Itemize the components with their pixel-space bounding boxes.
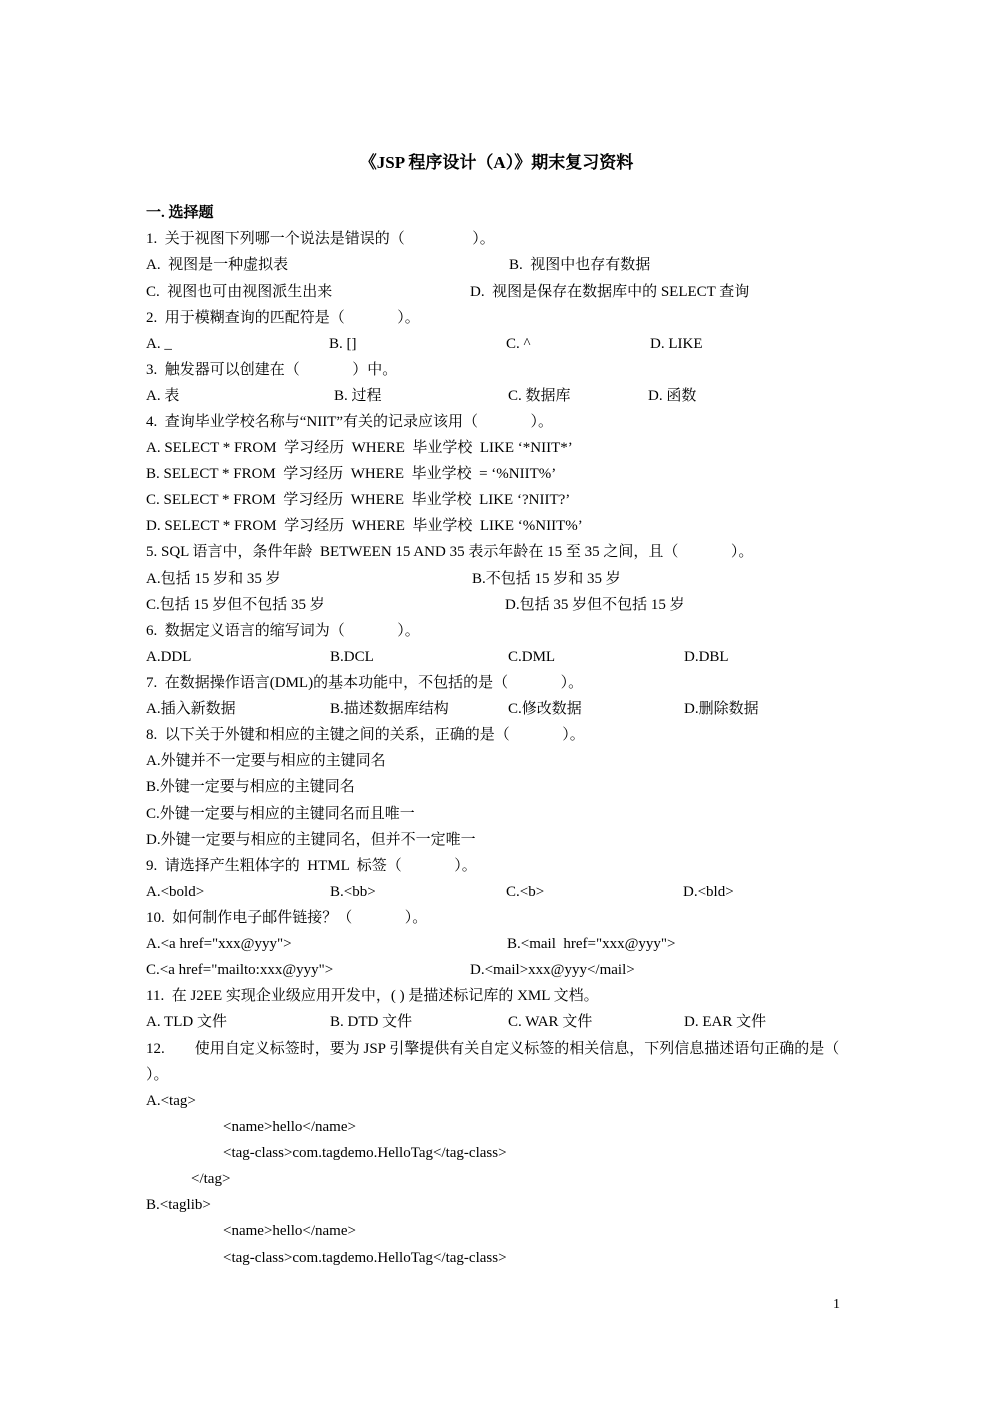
question-10-options-cd: C.<a href="mailto:xxx@yyy">D.<mail>xxx@y…	[0, 961, 993, 983]
text-segment: C.修改数据	[508, 700, 582, 719]
text-segment: <tag-class>com.tagdemo.HelloTag</tag-cla…	[223, 1249, 507, 1268]
question-4-option-c: C. SELECT * FROM 学习经历 WHERE 毕业学校 LIKE ‘?…	[0, 491, 993, 513]
question-9: 9. 请选择产生粗体字的 HTML 标签（ ）。	[0, 857, 993, 879]
text-segment: C.DML	[508, 648, 555, 667]
question-8-option-b: B.外键一定要与相应的主键同名	[0, 778, 993, 800]
question-12-continuation: ）。	[0, 1066, 993, 1088]
question-9-options: A.<bold>B.<bb>C.<b>D.<bld>	[0, 883, 993, 905]
document-title: 《JSP 程序设计（A）》期末复习资料	[0, 148, 993, 173]
text-segment: <tag-class>com.tagdemo.HelloTag</tag-cla…	[223, 1144, 507, 1163]
text-segment: 11. 在 J2EE 实现企业级应用开发中，( ) 是描述标记库的 XML 文档…	[146, 987, 599, 1006]
text-segment: A.包括 15 岁和 35 岁	[146, 570, 281, 589]
text-segment: D.<bld>	[683, 883, 734, 902]
text-segment: </tag>	[191, 1170, 230, 1189]
question-6-options: A.DDLB.DCLC.DMLD.DBL	[0, 648, 993, 670]
text-segment: C. WAR 文件	[508, 1013, 592, 1032]
question-12-option-a-close: </tag>	[0, 1170, 993, 1192]
text-segment: A.<bold>	[146, 883, 204, 902]
text-segment: 10. 如何制作电子邮件链接？（ ）。	[146, 909, 427, 928]
text-segment: C.<a href="mailto:xxx@yyy">	[146, 961, 333, 980]
page-number: 1	[833, 1297, 840, 1313]
question-7: 7. 在数据操作语言(DML)的基本功能中，不包括的是（ ）。	[0, 674, 993, 696]
text-segment: B.不包括 15 岁和 35 岁	[472, 570, 621, 589]
question-11-options: A. TLD 文件B. DTD 文件C. WAR 文件D. EAR 文件	[0, 1013, 993, 1035]
question-5-options-cd: C.包括 15 岁但不包括 35 岁D.包括 35 岁但不包括 15 岁	[0, 596, 993, 618]
text-segment: 5. SQL 语言中，条件年龄 BETWEEN 15 AND 35 表示年龄在 …	[146, 543, 753, 562]
question-12-option-a-open: A.<tag>	[0, 1092, 993, 1114]
text-segment: 8. 以下关于外键和相应的主键之间的关系，正确的是（ ）。	[146, 726, 585, 745]
question-6: 6. 数据定义语言的缩写词为（ ）。	[0, 622, 993, 644]
question-8-option-c: C.外键一定要与相应的主键同名而且唯一	[0, 805, 993, 827]
question-4-option-a: A. SELECT * FROM 学习经历 WHERE 毕业学校 LIKE ‘*…	[0, 439, 993, 461]
question-12-option-b-class: <tag-class>com.tagdemo.HelloTag</tag-cla…	[0, 1249, 993, 1271]
text-segment: A.插入新数据	[146, 700, 236, 719]
text-segment: 12. 使用自定义标签时，要为 JSP 引擎提供有关自定义标签的相关信息，下列信…	[146, 1040, 839, 1059]
text-segment: A. 视图是一种虚拟表	[146, 256, 288, 275]
text-segment: B.描述数据库结构	[330, 700, 449, 719]
text-segment: B.DCL	[330, 648, 374, 667]
text-segment: C. 数据库	[508, 387, 571, 406]
text-segment: A.外键并不一定要与相应的主键同名	[146, 752, 386, 771]
text-segment: C. 视图也可由视图派生出来	[146, 283, 332, 302]
question-12: 12. 使用自定义标签时，要为 JSP 引擎提供有关自定义标签的相关信息，下列信…	[0, 1040, 993, 1062]
text-segment: D. 视图是保存在数据库中的 SELECT 查询	[470, 283, 749, 302]
question-1-options-ab: A. 视图是一种虚拟表B. 视图中也存有数据	[0, 256, 993, 278]
text-segment: <name>hello</name>	[223, 1222, 356, 1241]
text-segment: A. _	[146, 335, 172, 354]
question-4-option-d: D. SELECT * FROM 学习经历 WHERE 毕业学校 LIKE ‘%…	[0, 517, 993, 539]
text-segment: 1. 关于视图下列哪一个说法是错误的（ ）。	[146, 230, 495, 249]
question-1: 1. 关于视图下列哪一个说法是错误的（ ）。	[0, 230, 993, 252]
text-segment: C. ^	[506, 335, 531, 354]
question-12-option-a-class: <tag-class>com.tagdemo.HelloTag</tag-cla…	[0, 1144, 993, 1166]
text-segment: 一. 选择题	[146, 204, 214, 223]
text-segment: D.包括 35 岁但不包括 15 岁	[505, 596, 685, 615]
question-12-option-b-name: <name>hello</name>	[0, 1222, 993, 1244]
text-segment: D. LIKE	[650, 335, 703, 354]
text-segment: 7. 在数据操作语言(DML)的基本功能中，不包括的是（ ）。	[146, 674, 583, 693]
question-8: 8. 以下关于外键和相应的主键之间的关系，正确的是（ ）。	[0, 726, 993, 748]
text-segment: D.外键一定要与相应的主键同名，但并不一定唯一	[146, 831, 476, 850]
question-5: 5. SQL 语言中，条件年龄 BETWEEN 15 AND 35 表示年龄在 …	[0, 543, 993, 565]
question-11: 11. 在 J2EE 实现企业级应用开发中，( ) 是描述标记库的 XML 文档…	[0, 987, 993, 1009]
text-segment: <name>hello</name>	[223, 1118, 356, 1137]
question-12-option-b-open: B.<taglib>	[0, 1196, 993, 1218]
text-segment: A.<a href="xxx@yyy">	[146, 935, 292, 954]
text-segment: 4. 查询毕业学校名称与“NIIT”有关的记录应该用（ ）。	[146, 413, 553, 432]
text-segment: B. DTD 文件	[330, 1013, 412, 1032]
question-4-option-b: B. SELECT * FROM 学习经历 WHERE 毕业学校 = ‘%NII…	[0, 465, 993, 487]
text-segment: B.<taglib>	[146, 1196, 211, 1215]
question-2: 2. 用于模糊查询的匹配符是（ ）。	[0, 309, 993, 331]
text-segment: 6. 数据定义语言的缩写词为（ ）。	[146, 622, 420, 641]
question-5-options-ab: A.包括 15 岁和 35 岁B.不包括 15 岁和 35 岁	[0, 570, 993, 592]
text-segment: D. SELECT * FROM 学习经历 WHERE 毕业学校 LIKE ‘%…	[146, 517, 583, 536]
question-10-options-ab: A.<a href="xxx@yyy">B.<mail href="xxx@yy…	[0, 935, 993, 957]
text-segment: B. []	[329, 335, 357, 354]
text-segment: D.删除数据	[684, 700, 759, 719]
text-segment: ）。	[146, 1066, 169, 1085]
text-segment: C. SELECT * FROM 学习经历 WHERE 毕业学校 LIKE ‘?…	[146, 491, 570, 510]
text-segment: C.包括 15 岁但不包括 35 岁	[146, 596, 325, 615]
question-12-option-a-name: <name>hello</name>	[0, 1118, 993, 1140]
text-segment: 3. 触发器可以创建在（ ）中。	[146, 361, 397, 380]
text-segment: C.<b>	[506, 883, 544, 902]
question-8-option-d: D.外键一定要与相应的主键同名，但并不一定唯一	[0, 831, 993, 853]
text-segment: A.DDL	[146, 648, 191, 667]
question-3: 3. 触发器可以创建在（ ）中。	[0, 361, 993, 383]
text-segment: D.<mail>xxx@yyy</mail>	[470, 961, 635, 980]
text-segment: B. SELECT * FROM 学习经历 WHERE 毕业学校 = ‘%NII…	[146, 465, 556, 484]
question-3-options: A. 表B. 过程C. 数据库D. 函数	[0, 387, 993, 409]
question-8-option-a: A.外键并不一定要与相应的主键同名	[0, 752, 993, 774]
text-segment: D.DBL	[684, 648, 729, 667]
text-segment: 9. 请选择产生粗体字的 HTML 标签（ ）。	[146, 857, 477, 876]
text-segment: D. 函数	[648, 387, 696, 406]
text-segment: A. TLD 文件	[146, 1013, 227, 1032]
text-segment: C.外键一定要与相应的主键同名而且唯一	[146, 805, 415, 824]
text-segment: A. SELECT * FROM 学习经历 WHERE 毕业学校 LIKE ‘*…	[146, 439, 573, 458]
document-page: 《JSP 程序设计（A）》期末复习资料 一. 选择题1. 关于视图下列哪一个说法…	[0, 0, 993, 1404]
text-segment: D. EAR 文件	[684, 1013, 766, 1032]
text-segment: B.<mail href="xxx@yyy">	[507, 935, 676, 954]
text-segment: A. 表	[146, 387, 179, 406]
text-segment: B.<bb>	[330, 883, 376, 902]
question-7-options: A.插入新数据B.描述数据库结构C.修改数据D.删除数据	[0, 700, 993, 722]
text-segment: B.外键一定要与相应的主键同名	[146, 778, 355, 797]
question-2-options: A. _B. []C. ^D. LIKE	[0, 335, 993, 357]
text-segment: 2. 用于模糊查询的匹配符是（ ）。	[146, 309, 420, 328]
section-heading: 一. 选择题	[0, 204, 993, 226]
question-1-options-cd: C. 视图也可由视图派生出来D. 视图是保存在数据库中的 SELECT 查询	[0, 283, 993, 305]
text-segment: A.<tag>	[146, 1092, 196, 1111]
text-segment: B. 视图中也存有数据	[509, 256, 650, 275]
question-10: 10. 如何制作电子邮件链接？（ ）。	[0, 909, 993, 931]
question-4: 4. 查询毕业学校名称与“NIIT”有关的记录应该用（ ）。	[0, 413, 993, 435]
text-segment: B. 过程	[334, 387, 382, 406]
